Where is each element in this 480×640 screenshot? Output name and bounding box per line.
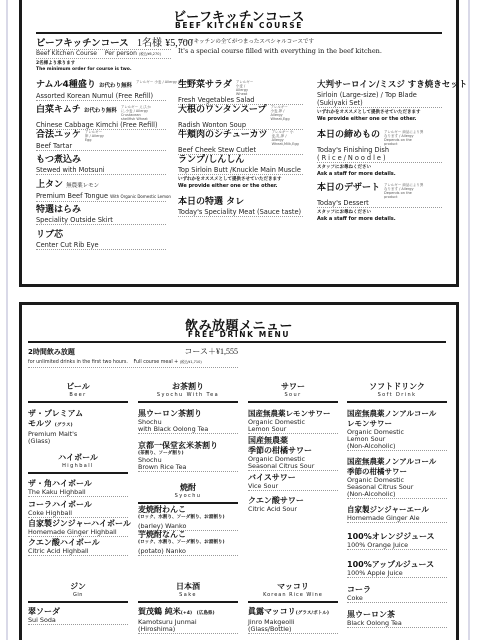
item-name-en: Today's Finishing Dish: [317, 146, 442, 154]
drink-item: 京都一保堂玄米茶割り (茶割り、ソーダ割り) Shochu Brown Rice…: [138, 441, 238, 472]
category-soft-drink: ソフトドリンク Soft Drink: [347, 382, 447, 403]
drink-sub-jp: (ロック、水割り、ソーダ割り、お湯割り): [138, 515, 238, 521]
note-en: We provide either one or the other.: [317, 116, 442, 122]
page-edge-right: [468, 0, 470, 640]
drink-item: 国産無農薬 季節の柑橘サワー Organic Domestic Seasonal…: [248, 436, 338, 471]
drink-name-en: (potato) Nanko: [138, 548, 238, 556]
item-name-jp: 大判サーロイン/ミスジ すき焼きセット: [317, 80, 442, 91]
category-en: Sour: [248, 392, 338, 399]
category-jp: お茶割り: [138, 382, 238, 392]
drink-name-jp: 国産無農薬ノンアルコール: [347, 409, 447, 419]
drink-item: コーラ Coke: [347, 585, 447, 603]
allergy-note: アレルギー 小麦 / Allergy Wheat: [136, 80, 158, 84]
allergy-note: アレルギー えび,かに,小麦 / Allergy Crustacean shel…: [121, 105, 151, 121]
drink-item: 翠ソーダ Sui Soda: [28, 607, 128, 625]
note-en: Ask a staff for more details.: [317, 171, 442, 177]
plan-desc-en: for unlimited drinks in the first two ho…: [28, 360, 128, 365]
plan-price: コース＋¥1,555: [184, 346, 238, 357]
drink-sub-jp: (グラス/ボトル): [296, 611, 329, 616]
drink-item: 黒ウーロン茶割り Shochu with Black Oolong Tea: [138, 409, 238, 434]
drink-name-en: 100% Orange Juice: [347, 542, 447, 550]
category-jp: ソフトドリンク: [347, 382, 447, 392]
category-divider: [248, 401, 338, 403]
drink-name-en: Black Oolong Tea: [347, 620, 447, 628]
item-name-en: Speciality Outside Skirt: [36, 216, 166, 225]
item-name-en: Fresh Vegetables Salad: [178, 96, 303, 105]
item-name-en: Sirloin (Large-size) / Top Blade: [317, 91, 442, 99]
drink-item: クエン酸ハイボール Citric Acid Highball: [28, 538, 128, 556]
drink-item: ザ・角ハイボール The Kaku Highball: [28, 479, 128, 497]
drink-item: 自家製ジンジャーエール Homemade Ginger Ale: [347, 505, 447, 523]
drink-item: 国産無農薬ノンアルコール 季節の柑橘サワー Organic Domestic S…: [347, 457, 447, 499]
item-name-en: Center Cut Rib Eye: [36, 241, 166, 250]
note-en: Ask a staff for more details.: [317, 216, 442, 222]
item-sub-jp: お代わり無料: [99, 83, 132, 89]
category-en: Gin: [28, 592, 128, 599]
category-en: Beer: [28, 392, 128, 399]
course-item: 大判サーロイン/ミスジ すき焼きセット Sirloin (Large-size)…: [317, 80, 442, 122]
drink-name-en-2: with Black Oolong Tea: [138, 426, 238, 434]
category-jp: 焼酎: [138, 483, 238, 493]
category-highball: ハイボール Highball: [28, 453, 128, 474]
drink-name-jp: 芋焼酎なんこ: [138, 530, 238, 540]
item-name-en: Stewed with Motsuni: [36, 166, 166, 175]
allergy-note: アレルギー 小麦,乳,卵 / Allergy Wheat,Milk,Egg: [272, 130, 298, 146]
drink-name-en: Homemade Ginger Highball: [28, 529, 128, 537]
category-jp: ハイボール: [28, 453, 128, 463]
drink-item: 100%オレンジジュース 100% Orange Juice: [347, 532, 447, 550]
drink-sub-jp: (ロック、水割り、ソーダ割り、お湯割り): [138, 540, 238, 546]
drink-name-jp: 賀茂鶴 純米: [138, 607, 181, 616]
plan-tax-note: (税込¥1,710): [180, 360, 202, 364]
course-item: 本日の締めものアレルギー 商品により異なります / Allergy Depend…: [317, 130, 442, 177]
drink-item: 国産無農薬ノンアルコール レモンサワー Organic Domestic Lem…: [347, 409, 447, 451]
drink-item: 国産無農薬レモンサワー Organic Domestic Lemon Sour: [248, 409, 338, 434]
course-item: 大根のワンタンスープアレルギー 小麦,卵 / Allergy Wheat,Egg…: [178, 105, 303, 130]
category-jp: マッコリ: [248, 582, 338, 592]
drink-name-en-2: (Glass): [28, 438, 128, 445]
drink-name-en-3: (Non-Alcoholic): [347, 491, 447, 499]
page-edge-left: [6, 0, 8, 640]
item-name-en: Today's Dessert: [317, 199, 442, 208]
drink-item: コーラハイボール Coke Highball: [28, 500, 128, 518]
allergy-note: アレルギー 商品により異なります / Allergy Depends on th…: [384, 183, 424, 199]
drink-item: 芋焼酎なんこ (ロック、水割り、ソーダ割り、お湯割り) (potato) Nan…: [138, 530, 238, 556]
category-divider: [28, 601, 128, 603]
drink-item: クエン酸サワー Citric Acid Sour: [248, 496, 338, 513]
drink-name-en: Homemade Ginger Ale: [347, 515, 447, 523]
drink-plan: 2時間飲み放題 コース＋¥1,555 for unlimited drinks …: [28, 346, 238, 368]
item-name-en: Top Sirloin Butt /Knuckle Main Muscle: [178, 166, 303, 175]
title-divider: [28, 341, 446, 343]
drink-name-jp: 眞露マッコリ: [248, 607, 296, 616]
tax-note: (税込¥6,270): [139, 52, 161, 56]
drink-sub-jp: (+4) (広島県): [181, 611, 215, 616]
drink-name-jp: 京都一保堂玄米茶割り: [138, 441, 238, 451]
category-en: Sake: [138, 592, 238, 599]
drink-name-en-3: (Non-Alcoholic): [347, 443, 447, 451]
course-item: ランプ/しんしん Top Sirloin Butt /Knuckle Main …: [178, 155, 303, 189]
item-name-en-2: (Sukiyaki Set): [317, 99, 442, 108]
drink-item: バイスサワー Vice Sour: [248, 473, 338, 491]
title-divider: [36, 32, 442, 34]
drink-name-en: Citric Acid Sour: [248, 506, 338, 513]
allergy-note: アレルギー 小麦,卵 / Allergy Wheat,Egg: [270, 105, 290, 121]
per-person-jp: 1名様: [137, 38, 162, 49]
item-name-jp: リブ芯: [36, 230, 166, 241]
category-divider: [347, 401, 447, 403]
item-name-jp: 生野菜サラダ: [178, 80, 232, 90]
category-divider: [138, 601, 238, 603]
drink-item: ザ・プレミアム モルツ (グラス) Premium Malt's (Glass): [28, 409, 128, 445]
course-item: 白菜キムチ お代わり無料アレルギー えび,かに,小麦 / Allergy Cru…: [36, 105, 166, 130]
course-main-item: ビーフキッチンコース 1名様 ¥5,700 Beef Kitchen Cours…: [36, 38, 171, 73]
category-jp: ジン: [28, 582, 128, 592]
course-name-row: ビーフキッチンコース 1名様 ¥5,700: [36, 38, 171, 50]
course-menu-panel: ビーフキッチンコース BEEF KITCHEN COURSE ビーフキッチンコー…: [19, 0, 459, 287]
course-name-en-row: Beef Kitchen Course Per person (税込¥6,270…: [36, 50, 171, 59]
item-name-jp: 本日の特選 タレ: [178, 197, 303, 208]
category-jp: ビール: [28, 382, 128, 392]
drink-name-en-2: (Hiroshima): [138, 626, 238, 634]
course-description: ビーフキッチンの全てがつまったスペシャルコースです It's a special…: [178, 38, 382, 56]
drink-menu-panel: 飲み放題メニュー FREE DRINK MENU 2時間飲み放題 コース＋¥1,…: [19, 302, 459, 640]
drink-name-en-2: Seasonal Citrus Sour: [248, 463, 338, 471]
category-en: Syochu: [138, 493, 238, 500]
drink-name-en-2: (Glass/Bottle): [248, 626, 338, 634]
item-name-jp: もつ煮込み: [36, 155, 166, 166]
plan-name-jp: 2時間飲み放題: [28, 347, 75, 358]
plan-price-en: Full course meal +: [133, 360, 178, 365]
per-person-en: Per person: [105, 50, 137, 57]
course-name-en: Beef Kitchen Course: [36, 50, 97, 57]
drink-name-en: 100% Apple Juice: [347, 570, 447, 578]
drink-name-jp: ザ・プレミアム: [28, 409, 128, 419]
drink-name-jp: 国産無農薬ノンアルコール: [347, 457, 447, 467]
allergy-note: アレルギー 卵 / Allergy Egg: [85, 130, 105, 142]
item-name-jp: 上タン: [36, 180, 63, 190]
item-sub-en: With Organic Domestic Lemon: [110, 194, 171, 199]
drink-item: 眞露マッコリ(グラス/ボトル) Jinro Makgeolli (Glass/B…: [248, 607, 338, 634]
category-syochu: 焼酎 Syochu: [138, 483, 238, 504]
drink-name-jp-2: モルツ: [28, 419, 52, 428]
item-name-jp: 本日のデザート: [317, 183, 380, 193]
drink-name-jp: 国産無農薬: [248, 436, 338, 446]
drink-item: 黒ウーロン茶 Black Oolong Tea: [347, 610, 447, 628]
category-jp: 日本酒: [138, 582, 238, 592]
category-divider: [138, 502, 238, 504]
drink-title-en: FREE DRINK MENU: [22, 330, 456, 339]
course-item: 上タン 無農薬レモン Premium Beef Tongue With Orga…: [36, 180, 166, 202]
category-divider: [28, 401, 128, 403]
item-name-en: Premium Beef Tongue: [36, 192, 108, 200]
category-makgeolli: マッコリ Korean Rice Wine: [248, 582, 338, 603]
item-name-en: Today's Speciality Meat (Sauce taste): [178, 208, 303, 217]
item-name-jp: 本日の締めもの: [317, 130, 380, 140]
drink-name-en: Citric Acid Highball: [28, 548, 128, 556]
allergy-note: アレルギー 小麦 / Allergy Wheat: [236, 80, 256, 96]
course-item: 合法ユッケアレルギー 卵 / Allergy Egg Beef Tartar: [36, 130, 166, 151]
course-item: 牛頬肉のシチューカツアレルギー 小麦,乳,卵 / Allergy Wheat,M…: [178, 130, 303, 155]
drink-item: 自家製ジンジャーハイボール Homemade Ginger Highball: [28, 519, 128, 537]
course-title-en: BEEF KITCHEN COURSE: [22, 21, 456, 30]
course-item: 本日の特選 タレ Today's Speciality Meat (Sauce …: [178, 197, 303, 217]
category-sake: 日本酒 Sake: [138, 582, 238, 603]
drink-name-en: The Kaku Highball: [28, 489, 128, 497]
category-beer: ビール Beer: [28, 382, 128, 403]
drink-item: 賀茂鶴 純米(+4) (広島県) Kamotsuru Junmai (Hiros…: [138, 607, 238, 634]
item-sub-jp: 無農薬レモン: [66, 183, 99, 189]
course-desc-jp: ビーフキッチンの全てがつまったスペシャルコースです: [178, 38, 382, 47]
category-divider: [138, 401, 238, 403]
item-sub-jp: お代わり無料: [84, 108, 117, 114]
category-sour: サワー Sour: [248, 382, 338, 403]
drink-name-en-2: Lemon Sour: [248, 426, 338, 434]
item-name-jp: ナムル4種盛り: [36, 80, 96, 90]
item-name-jp: 大根のワンタンスープ: [178, 105, 266, 115]
course-item: 生野菜サラダアレルギー 小麦 / Allergy Wheat Fresh Veg…: [178, 80, 303, 105]
drink-item: 100%アップルジュース 100% Apple Juice: [347, 560, 447, 578]
item-name-en-2: (Rice/Noodle): [317, 154, 442, 163]
course-item: リブ芯 Center Cut Rib Eye: [36, 230, 166, 250]
drink-sub-jp: (グラス): [55, 423, 73, 428]
item-name-en: Beef Cheek Stew Cutlet: [178, 146, 303, 155]
item-name-jp: ランプ/しんしん: [178, 155, 303, 166]
item-name-jp: 牛頬肉のシチューカツ: [178, 130, 268, 140]
item-name-jp: 白菜キムチ: [36, 105, 81, 115]
drink-name-en-2: Brown Rice Tea: [138, 464, 238, 472]
item-name-jp: 特選はらみ: [36, 205, 166, 216]
course-item: ナムル4種盛り お代わり無料アレルギー 小麦 / Allergy Wheat A…: [36, 80, 166, 101]
item-name-en: Chinese Cabbage Kimchi (Free Refill): [36, 121, 166, 130]
item-name-jp: 合法ユッケ: [36, 130, 81, 140]
category-gin: ジン Gin: [28, 582, 128, 603]
category-divider: [248, 601, 338, 603]
course-desc-en: It's a special course filled with everyt…: [178, 47, 382, 56]
item-name-en: Radish Wonton Soup: [178, 121, 303, 130]
drink-name-en: Coke Highball: [28, 510, 128, 518]
category-jp: サワー: [248, 382, 338, 392]
course-name-jp: ビーフキッチンコース: [36, 38, 129, 49]
category-tea: お茶割り Syochu With Tea: [138, 382, 238, 403]
allergy-note: アレルギー 商品により異なります / Allergy Depends on th…: [384, 130, 424, 146]
category-en: Highball: [28, 463, 128, 470]
category-en: Syochu With Tea: [138, 392, 238, 399]
min-order-en: The minimum order for course is two.: [36, 67, 171, 73]
course-item: 特選はらみ Speciality Outside Skirt: [36, 205, 166, 225]
drink-name-en: Coke: [347, 595, 447, 603]
drink-name-en: Vice Sour: [248, 483, 338, 491]
course-item: もつ煮込み Stewed with Motsuni: [36, 155, 166, 175]
drink-item: 麦焼酎わんこ (ロック、水割り、ソーダ割り、お湯割り) (barley) Wan…: [138, 505, 238, 531]
item-name-en: Assorted Korean Numul (Free Refill): [36, 92, 166, 101]
category-en: Soft Drink: [347, 392, 447, 399]
course-item: 本日のデザートアレルギー 商品により異なります / Allergy Depend…: [317, 183, 442, 222]
drink-name-en: Sui Soda: [28, 617, 128, 625]
category-divider: [28, 472, 128, 474]
category-en: Korean Rice Wine: [248, 592, 338, 599]
drink-name-jp: 麦焼酎わんこ: [138, 505, 238, 515]
item-name-en: Beef Tartar: [36, 142, 166, 151]
note-en: We provide either one or the other.: [178, 183, 303, 189]
